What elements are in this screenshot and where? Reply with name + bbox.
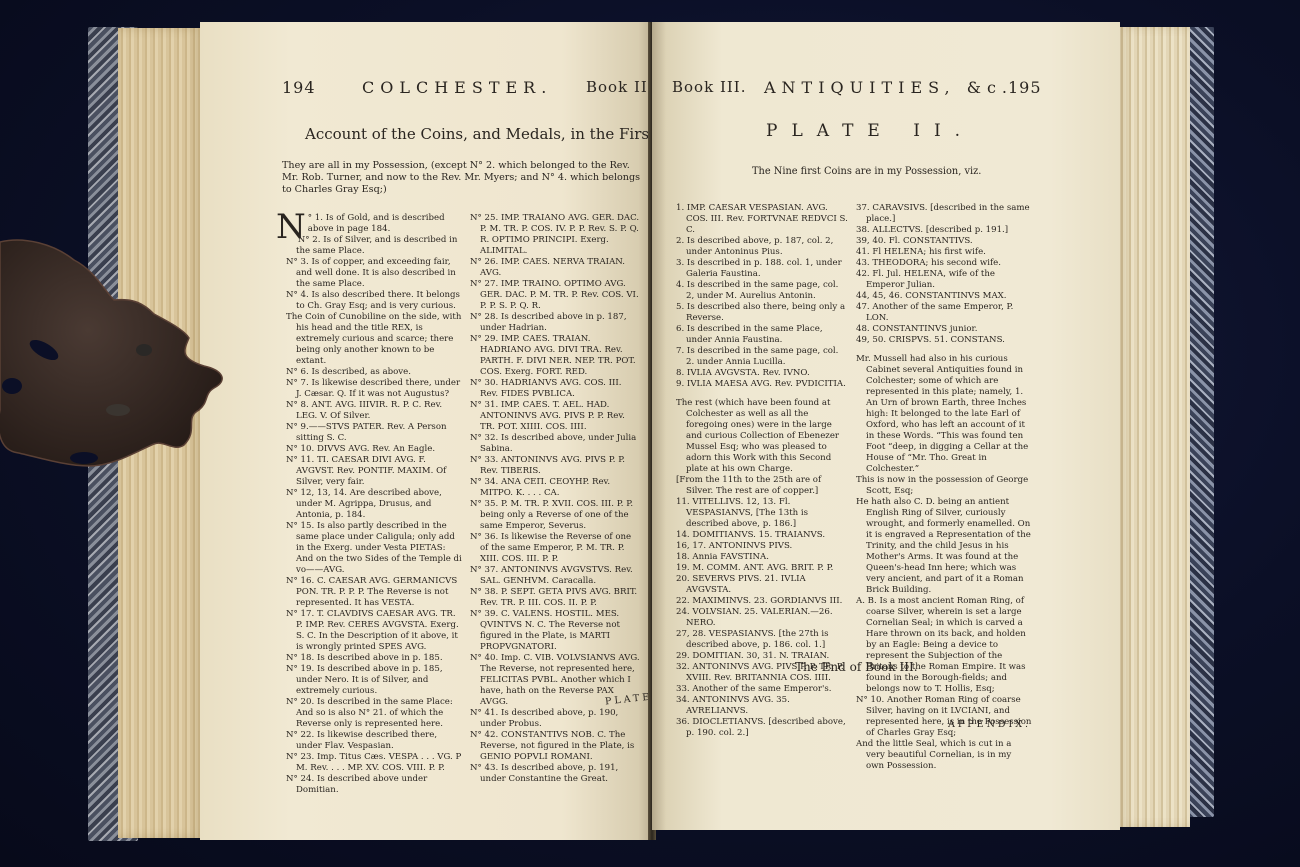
coin-entry: 8. IVLIA AVGVSTA. Rev. IVNO. <box>676 368 848 379</box>
coin-entry: N° 29. IMP. CAES. TRAIAN. HADRIANO AVG. … <box>470 334 642 378</box>
coin-entry: 43. THEODORA; his second wife. <box>856 258 1032 269</box>
coin-entry: 38. ALLECTVS. [described p. 191.] <box>856 225 1032 236</box>
coin-entry: N° 33. ANTONINVS AVG. PIVS P. P. Rev. TI… <box>470 455 642 477</box>
marbled-cover-right <box>1188 27 1214 817</box>
paragraph: Mr. Mussell had also in his curious Cabi… <box>856 354 1032 475</box>
paragraph: N° 10. Another Roman Ring of coarse Silv… <box>856 695 1032 739</box>
paragraph: This is now in the possession of George … <box>856 475 1032 497</box>
plate-title: PLATE II. <box>766 121 974 141</box>
coin-entry: 9. IVLIA MAESA AVG. Rev. PVDICITIA. <box>676 379 848 390</box>
right-column-2: 37. CARAVSIVS. [described in the same pl… <box>856 203 1032 772</box>
left-page-number: 194 <box>282 78 316 97</box>
paragraph: And the little Seal, which is cut in a v… <box>856 739 1032 772</box>
coin-entry: 44, 45, 46. CONSTANTINVS MAX. <box>856 291 1032 302</box>
coin-entry: N° 23. Imp. Titus Cæs. VESPA . . . VG. P… <box>286 752 464 774</box>
coin-entry: 14. DOMITIANVS. 15. TRAIANVS. <box>676 530 848 541</box>
coin-entry: N° 34. ANA CEΠ. CEOYHP. Rev. MITPO. K. .… <box>470 477 642 499</box>
coin-entry: N° 43. Is described above, p. 191, under… <box>470 763 642 785</box>
right-column-1: 1. IMP. CAESAR VESPASIAN. AVG. COS. III.… <box>676 203 848 739</box>
coin-entry: ° 1. Is of Gold, and is described above … <box>308 213 445 234</box>
paragraph: A. B. Is a most ancient Roman Ring, of c… <box>856 596 1032 695</box>
coin-entry: N° 28. Is described above in p. 187, und… <box>470 312 642 334</box>
metal-clasp-icon <box>0 230 232 470</box>
coin-entry: N° 41. Is described above, p. 190, under… <box>470 708 642 730</box>
coin-entry: N° 22. Is likewise described there, unde… <box>286 730 464 752</box>
coin-entry: N° 39. C. VALENS. HOSTIL. MES. QVINTVS N… <box>470 609 642 653</box>
coin-entry: N° 35. P. M. TR. P. XVII. COS. III. P. P… <box>470 499 642 532</box>
coin-entry: 11. VITELLIVS. 12, 13. Fl. VESPASIANVS, … <box>676 497 848 530</box>
left-column-1: N° 1. Is of Gold, and is described above… <box>286 213 464 796</box>
right-running-head: ANTIQUITIES, &c. <box>764 78 1013 97</box>
coin-entry: 7. Is described in the same page, col. 2… <box>676 346 848 368</box>
coin-entry: 1. IMP. CAESAR VESPASIAN. AVG. COS. III.… <box>676 203 848 236</box>
coin-entry: 19. M. COMM. ANT. AVG. BRIT. P. P. <box>676 563 848 574</box>
right-book-label: Book III. <box>672 78 747 96</box>
coin-entry: 49, 50. CRISPVS. 51. CONSTANS. <box>856 335 1032 346</box>
coin-entry: N° 32. Is described above, under Julia S… <box>470 433 642 455</box>
coin-entry: 2. Is described above, p. 187, col. 2, u… <box>676 236 848 258</box>
coin-entry: 3. Is described in p. 188. col. 1, under… <box>676 258 848 280</box>
coin-entry: 36. DIOCLETIANVS. [described above, p. 1… <box>676 717 848 739</box>
coin-entry: 27, 28. VESPASIANVS. [the 27th is descri… <box>676 629 848 651</box>
coin-entry: N° 36. Is likewise the Reverse of one of… <box>470 532 642 565</box>
coin-entry: N° 12, 13, 14. Are described above, unde… <box>286 488 464 521</box>
paragraph: [From the 11th to the 25th are of Silver… <box>676 475 848 497</box>
coin-entry: 34. ANTONINVS AVG. 35. AVRELIANVS. <box>676 695 848 717</box>
coin-entry: 18. Annia FAVSTINA. <box>676 552 848 563</box>
coin-entry: N° 10. DIVVS AVG. Rev. An Eagle. <box>286 444 464 455</box>
coin-entry: N° 17. T. CLAVDIVS CAESAR AVG. TR. P. IM… <box>286 609 464 653</box>
coin-entry: 4. Is described in the same page, col. 2… <box>676 280 848 302</box>
coin-entry: N° 27. IMP. TRAINO. OPTIMO AVG. GER. DAC… <box>470 279 642 312</box>
coin-entry: N° 15. Is also partly described in the s… <box>286 521 464 576</box>
coin-entry: N° 9.——STVS PATER. Rev. A Person sitting… <box>286 422 464 444</box>
paragraph: He hath also C. D. being an antient Engl… <box>856 497 1032 596</box>
coin-entry: N° 2. Is of Silver, and is described in … <box>286 235 464 257</box>
coin-entry: The Coin of Cunobiline on the side, with… <box>286 312 464 367</box>
page-edges-right <box>1118 27 1190 827</box>
coin-entry: 48. CONSTANTINVS junior. <box>856 324 1032 335</box>
coin-entry: 42. Fl. Jul. HELENA, wife of the Emperor… <box>856 269 1032 291</box>
coin-entry: 41. Fl HELENA; his first wife. <box>856 247 1032 258</box>
left-intro: They are all in my Possession, (except N… <box>282 160 644 196</box>
coin-entry: 24. VOLVSIAN. 25. VALERIAN.—26. NERO. <box>676 607 848 629</box>
coin-entry: 20. SEVERVS PIVS. 21. IVLIA AVGVSTA. <box>676 574 848 596</box>
coin-entry: 5. Is described also there, being only a… <box>676 302 848 324</box>
coin-entry: N° 4. Is also described there. It belong… <box>286 290 464 312</box>
coin-entry: N° 19. Is described above in p. 185, und… <box>286 664 464 697</box>
coin-entry: 47. Another of the same Emperor, P. LON. <box>856 302 1032 324</box>
coin-entry: N° 31. IMP. CAES. T. AEL. HAD. ANTONINVS… <box>470 400 642 433</box>
coin-entry: N° 7. Is likewise described there, under… <box>286 378 464 400</box>
coin-entry: N° 11. TI. CAESAR DIVI AVG. F. AVGVST. R… <box>286 455 464 488</box>
coin-entry: 6. Is described in the same Place, under… <box>676 324 848 346</box>
paragraph: The rest (which have been found at Colch… <box>676 398 848 475</box>
coin-entry: N° 6. Is described, as above. <box>286 367 464 378</box>
left-running-head: COLCHESTER. <box>362 78 552 97</box>
coin-entry: N° 20. Is described in the same Place: A… <box>286 697 464 730</box>
coin-entry: 39, 40. Fl. CONSTANTIVS. <box>856 236 1032 247</box>
coin-entry: 22. MAXIMINVS. 23. GORDIANVS III. <box>676 596 848 607</box>
coin-entry: 37. CARAVSIVS. [described in the same pl… <box>856 203 1032 225</box>
coin-entry: 16, 17. ANTONINVS PIVS. <box>676 541 848 552</box>
coin-entry: N° 8. ANT. AVG. IIIVIR. R. P. C. Rev. LE… <box>286 400 464 422</box>
coin-entry: N° 38. P. SEPT. GETA PIVS AVG. BRIT. Rev… <box>470 587 642 609</box>
left-page-title: Account of the Coins, and Medals, in the… <box>305 125 703 143</box>
coin-entry: N° 26. IMP. CAES. NERVA TRAIAN. AVG. <box>470 257 642 279</box>
coin-entry: N° 37. ANTONINVS AVGVSTVS. Rev. SAL. GEN… <box>470 565 642 587</box>
coin-entry: N° 16. C. CAESAR AVG. GERMANICVS PON. TR… <box>286 576 464 609</box>
plate-subtitle: The Nine first Coins are in my Possessio… <box>752 166 981 177</box>
coin-entry: N° 24. Is described above under Domitian… <box>286 774 464 796</box>
right-page-number: 195 <box>1008 78 1042 97</box>
coin-entry: N° 3. Is of copper, and exceeding fair, … <box>286 257 464 290</box>
coin-entry: N° 30. HADRIANVS AVG. COS. III. Rev. FID… <box>470 378 642 400</box>
coin-entry: N° 25. IMP. TRAIANO AVG. GER. DAC. P. M.… <box>470 213 642 257</box>
coin-entry: N° 42. CONSTANTIVS NOB. C. The Reverse, … <box>470 730 642 763</box>
end-of-book-text: The End of Book III. <box>795 660 918 674</box>
coin-entry: N° 18. Is described above in p. 185. <box>286 653 464 664</box>
right-catchword: APPENDIX. <box>948 719 1031 730</box>
coin-entry: 33. Another of the same Emperor's. <box>676 684 848 695</box>
